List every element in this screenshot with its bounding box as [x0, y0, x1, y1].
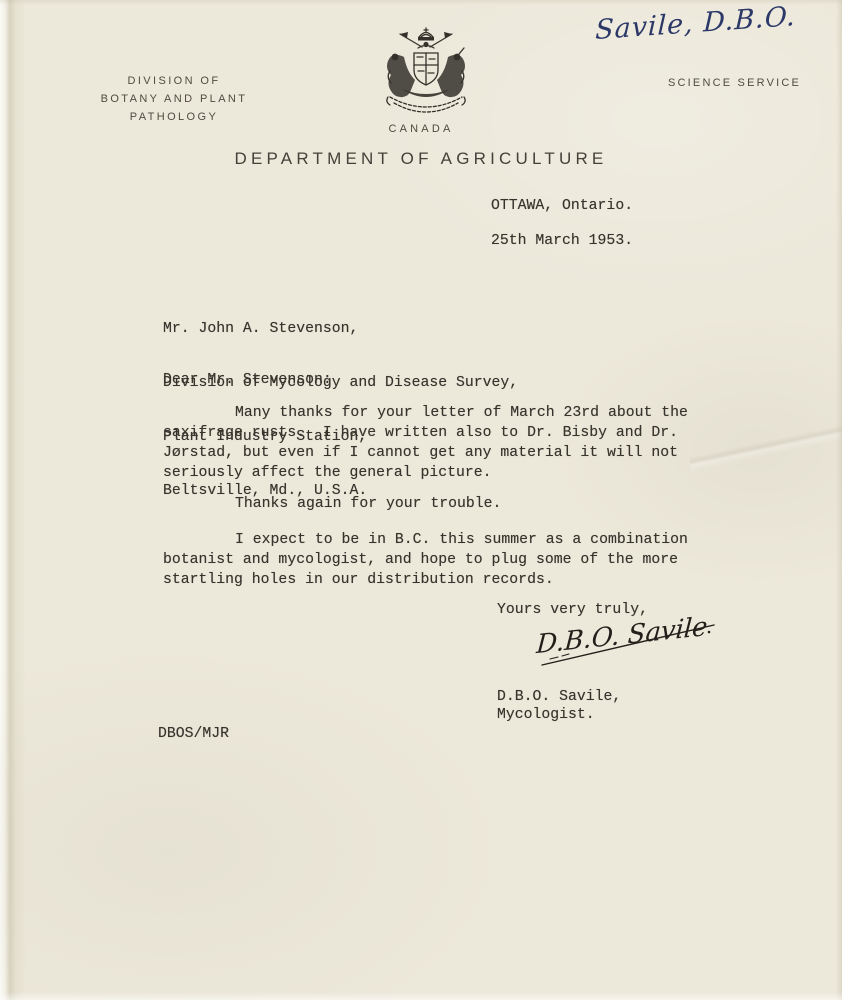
- body-paragraph-3: I expect to be in B.C. this summer as a …: [163, 530, 729, 590]
- crest-caption: CANADA: [0, 123, 842, 135]
- body-paragraph-1: Many thanks for your letter of March 23r…: [163, 403, 729, 483]
- dateline-date: 25th March 1953.: [491, 231, 633, 251]
- canada-coat-of-arms-icon: [374, 27, 478, 119]
- handwritten-annotation: Savile, D.B.O.: [595, 1, 797, 46]
- letterhead-division: DIVISION OF BOTANY AND PLANT PATHOLOGY: [76, 72, 272, 126]
- salutation: Dear Mr. Stevenson:: [163, 370, 332, 390]
- signature-flourish-icon: [528, 615, 728, 673]
- scanned-letter-page: Savile, D.B.O. DIVISION OF BOTANY AND PL…: [0, 0, 842, 1000]
- dateline-place: OTTAWA, Ontario.: [491, 196, 633, 216]
- signer-name: D.B.O. Savile,: [497, 687, 621, 707]
- signer-title: Mycologist.: [497, 705, 595, 725]
- division-line-1: DIVISION OF: [76, 72, 272, 90]
- letterhead-service: SCIENCE SERVICE: [668, 77, 801, 89]
- handwritten-signature: D.B.O. Savile: [528, 615, 728, 673]
- department-title: DEPARTMENT OF AGRICULTURE: [0, 149, 842, 169]
- division-line-2: BOTANY AND PLANT PATHOLOGY: [76, 90, 272, 126]
- body-paragraph-2: Thanks again for your trouble.: [163, 494, 729, 514]
- recipient-line: Mr. John A. Stevenson,: [163, 320, 518, 338]
- reference-initials: DBOS/MJR: [158, 724, 229, 744]
